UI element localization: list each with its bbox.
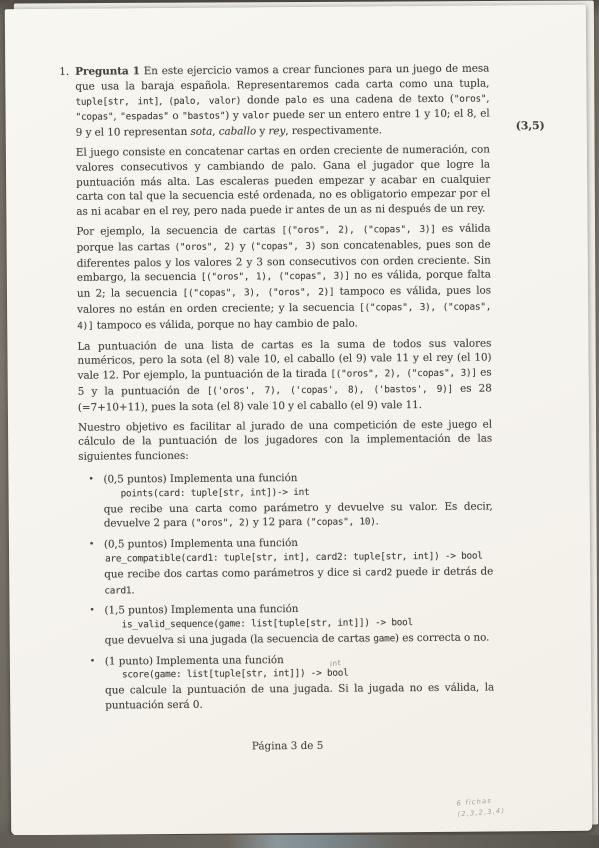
code-return-type: boolint [327, 667, 349, 682]
bullet-icon: • [90, 654, 95, 669]
handwritten-correction: int [329, 656, 343, 672]
task-score-description: que calcule la puntuación de una jugada.… [105, 681, 494, 714]
task-is-valid-sequence-description: que devuelva si una jugada (la secuencia… [105, 630, 494, 649]
task-points: • (0,5 puntos) Implementa una función po… [78, 469, 492, 532]
bullet-icon: • [89, 604, 94, 619]
paragraph-examples: Por ejemplo, la secuencia de cartas [("o… [76, 221, 491, 334]
task-points-description: que recibe una carta como parámetro y de… [104, 499, 493, 533]
question-number: 1. [59, 65, 69, 80]
photo-background: (3,5) 1. Pregunta 1 En este ejercicio va… [0, 0, 599, 848]
task-score: • (1 punto) Implementa una función score… [80, 651, 494, 713]
exam-page: (3,5) 1. Pregunta 1 En este ejercicio va… [5, 5, 592, 836]
paragraph-scoring: La puntuación de una lista de cartas es … [77, 336, 492, 415]
paragraph-intro: Pregunta 1 En este ejercicio vamos a cre… [75, 61, 490, 140]
task-are-compatible-description: que recibe dos cartas como parámetros y … [104, 564, 493, 599]
bullet-icon: • [89, 538, 94, 553]
question-marks: (3,5) [516, 119, 545, 132]
question-body: 1. Pregunta 1 En este ejercicio vamos a … [75, 61, 494, 718]
paragraph-objective: Nuestro objetivo es facilitar al jurado … [78, 417, 492, 465]
handwritten-margin-note-line2: (2,3,2,3,4) [457, 806, 505, 821]
page-footer: Página 3 de 5 [81, 738, 495, 753]
handwritten-margin-note: 6 fichas (2,3,2,3,4) [456, 795, 505, 821]
bullet-icon: • [88, 473, 93, 488]
task-are-compatible: • (0,5 puntos) Implementa una función ar… [79, 535, 493, 599]
task-score-signature-prefix: score(game: list[tuple[str, int]]) -> [122, 668, 327, 681]
paragraph-rules: El juego consiste en concatenar cartas e… [76, 142, 491, 219]
task-list: • (0,5 puntos) Implementa una función po… [78, 469, 494, 713]
task-is-valid-sequence: • (1,5 puntos) Implementa una función is… [79, 601, 493, 650]
